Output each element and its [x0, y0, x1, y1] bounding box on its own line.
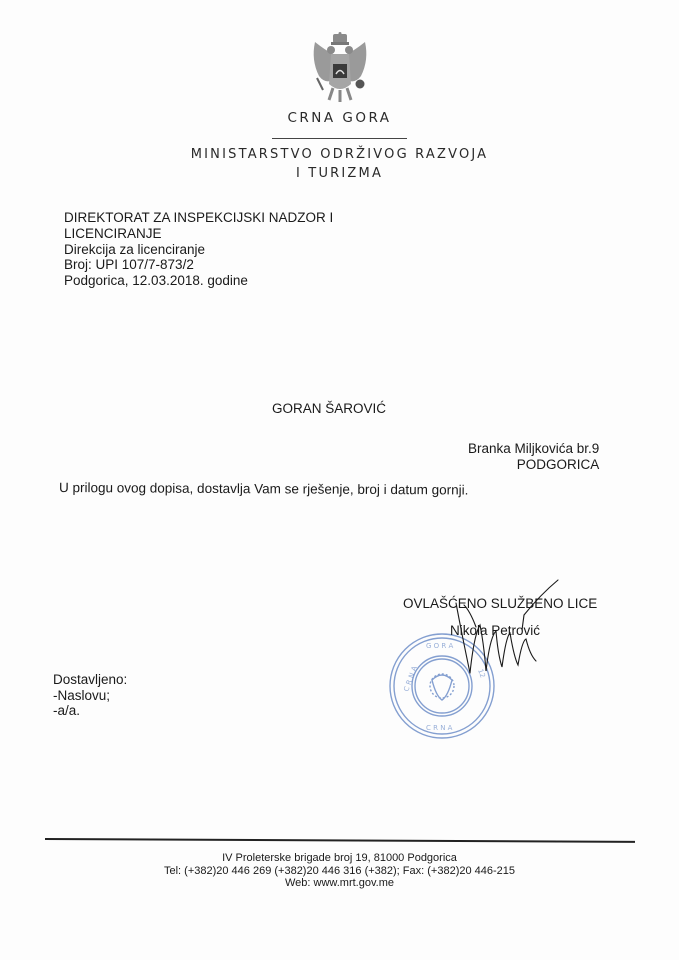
footer-phone-fax: Tel: (+382)20 446 269 (+382)20 446 316 (… — [0, 865, 679, 878]
recipient-street: Branka Miljkovića br.9 — [468, 441, 599, 457]
footer-web: Web: www.mrt.gov.me — [0, 877, 679, 890]
department: Direkcija za licenciranje — [64, 242, 333, 258]
ministry-name-line2: I TURIZMA — [0, 164, 679, 183]
delivered-to-item: -a/a. — [53, 703, 127, 719]
country-name: CRNA GORA — [0, 110, 679, 126]
recipient-city: PODGORICA — [468, 457, 599, 473]
handwritten-signature-icon — [440, 575, 570, 685]
footer-address: IV Proleterske brigade broj 19, 81000 Po… — [0, 852, 679, 865]
montenegro-coat-of-arms-icon — [307, 32, 373, 106]
place-date: Podgorica, 12.03.2018. godine — [64, 273, 333, 289]
header-divider — [272, 138, 407, 139]
ministry-name-line1: MINISTARSTVO ODRŽIVOG RAZVOJA — [0, 145, 679, 164]
letter-body: U prilogu ovog dopisa, dostavlja Vam se … — [59, 480, 469, 498]
reference-number: Broj: UPI 107/7-873/2 — [64, 257, 333, 273]
svg-text:C R N A: C R N A — [426, 724, 453, 732]
footer-divider — [45, 838, 635, 843]
footer: IV Proleterske brigade broj 19, 81000 Po… — [0, 852, 679, 890]
ministry-name: MINISTARSTVO ODRŽIVOG RAZVOJA I TURIZMA — [0, 145, 679, 183]
recipient-address: Branka Miljkovića br.9 PODGORICA — [468, 441, 599, 472]
delivered-to-label: Dostavljeno: — [53, 672, 127, 688]
directorate-line2: LICENCIRANJE — [64, 226, 333, 242]
sender-block: DIREKTORAT ZA INSPEKCIJSKI NADZOR I LICE… — [64, 210, 333, 289]
directorate-line1: DIREKTORAT ZA INSPEKCIJSKI NADZOR I — [64, 210, 333, 226]
delivered-to-block: Dostavljeno: -Naslovu; -a/a. — [53, 672, 127, 719]
recipient-name: GORAN ŠAROVIĆ — [272, 401, 386, 416]
delivered-to-item: -Naslovu; — [53, 688, 127, 704]
